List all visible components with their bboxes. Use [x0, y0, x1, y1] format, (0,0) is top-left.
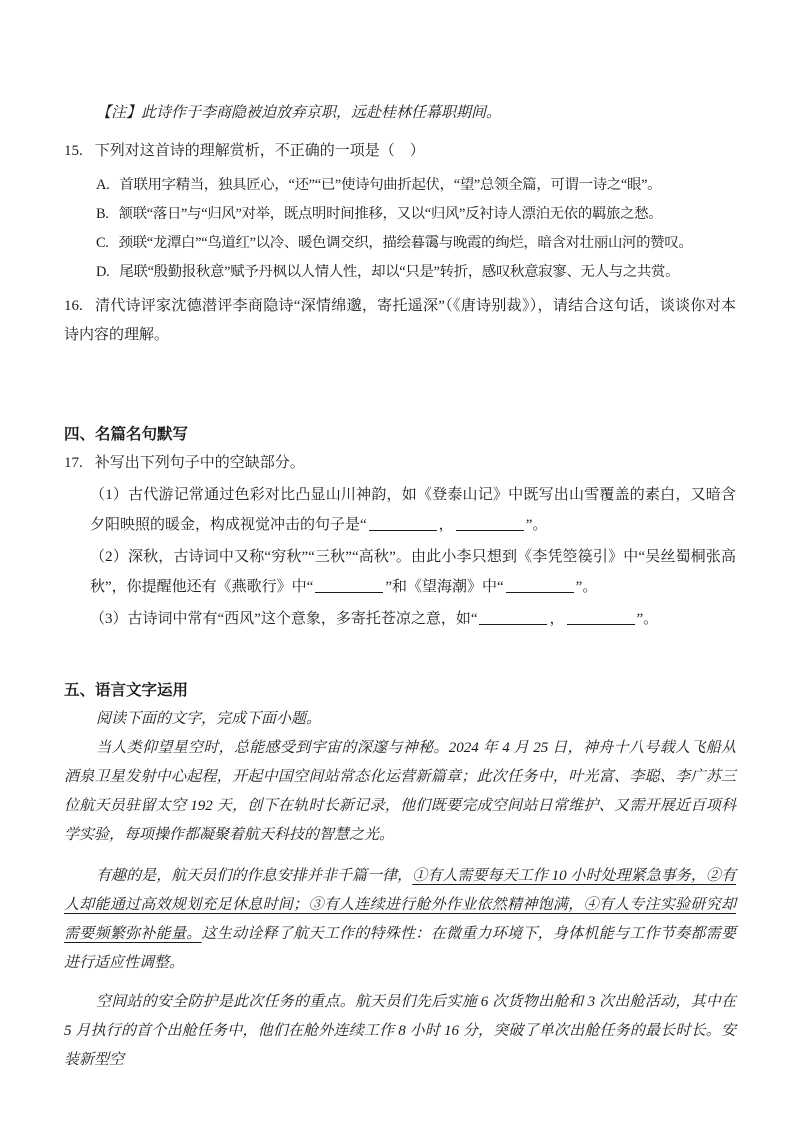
answer-blank	[369, 517, 437, 531]
section-4-heading: 四、名篇名句默写	[64, 420, 736, 449]
q17-item-2: （2）深秋，古诗词中又称“穷秋”“三秋”“高秋”。由此小李只想到《李凭箜篌引》中…	[64, 542, 736, 602]
option-a-label: A.	[96, 177, 109, 193]
question-17-stem: 补写出下列句子中的空缺部分。	[95, 455, 305, 471]
question-15-stem-line: 15.下列对这首诗的理解赏析，不正确的一项是（ ）	[64, 137, 736, 166]
question-15-options: A.首联用字精当，独具匠心，“还”“已”使诗句曲折起伏，“望”总领全篇，可谓一诗…	[64, 171, 736, 287]
question-16-number: 16.	[64, 298, 83, 314]
page-content: 【注】此诗作于李商隐被迫放弃京职，远赴桂林任幕职期间。 15.下列对这首诗的理解…	[64, 99, 736, 1075]
passage-instruction: 阅读下面的文字，完成下面小题。	[64, 705, 736, 734]
option-c-text: 颈联“龙潭白”“鸟道红”以冷、暖色调交织，描绘暮霭与晚霞的绚烂，暗含对壮丽山河的…	[119, 235, 693, 251]
option-b-label: B.	[96, 206, 109, 222]
passage-paragraph-1: 当人类仰望星空时，总能感受到宇宙的深邃与神秘。2024 年 4 月 25 日，神…	[64, 734, 736, 850]
option-d: D.尾联“殷勤报秋意”赋予丹枫以人情人性，却以“只是”转折，感叹秋意寂寥、无人与…	[96, 258, 736, 287]
passage-paragraph-2: 有趣的是，航天员们的作息安排并非千篇一律，①有人需要每天工作 10 小时处理紧急…	[64, 862, 736, 978]
q17-item-3-end: ”。	[637, 611, 659, 627]
q17-item-3-text: （3）古诗词中常有“西风”这个意象，多寄托苍凉之意，如“	[90, 611, 477, 627]
question-15: 15.下列对这首诗的理解赏析，不正确的一项是（ ） A.首联用字精当，独具匠心，…	[64, 137, 736, 287]
q17-item-2-middle: ”和《望海潮》中“	[385, 579, 503, 595]
passage-paragraph-3: 空间站的安全防护是此次任务的重点。航天员们先后实施 6 次货物出舱和 3 次出舱…	[64, 988, 736, 1075]
q17-item-1: （1）古代游记常通过色彩对比凸显山川神韵，如《登泰山记》中既写出山雪覆盖的素白，…	[64, 480, 736, 540]
section-5-heading: 五、语言文字运用	[64, 676, 736, 705]
passage-paragraph-2-lead: 有趣的是，航天员们的作息安排并非千篇一律，	[96, 868, 412, 884]
q17-item-1-separator: ，	[439, 517, 454, 533]
option-c-label: C.	[96, 235, 109, 251]
poem-note: 【注】此诗作于李商隐被迫放弃京职，远赴桂林任幕职期间。	[64, 99, 736, 128]
option-d-label: D.	[96, 264, 109, 280]
option-c: C.颈联“龙潭白”“鸟道红”以冷、暖色调交织，描绘暮霭与晚霞的绚烂，暗含对壮丽山…	[96, 229, 736, 258]
question-17-stem-line: 17.补写出下列句子中的空缺部分。	[64, 449, 736, 478]
q17-item-2-end: ”。	[576, 579, 598, 595]
q17-item-3-separator: ，	[549, 611, 564, 627]
question-16-text: 清代诗评家沈德潜评李商隐诗“深情绵邈，寄托遥深”（《唐诗别裁》），请结合这句话，…	[64, 298, 736, 343]
answer-blank	[567, 611, 635, 625]
exam-paper-page: 【注】此诗作于李商隐被迫放弃京职，远赴桂林任幕职期间。 15.下列对这首诗的理解…	[0, 0, 800, 1131]
question-17: 17.补写出下列句子中的空缺部分。 （1）古代游记常通过色彩对比凸显山川神韵，如…	[64, 449, 736, 634]
question-17-number: 17.	[64, 455, 83, 471]
option-a: A.首联用字精当，独具匠心，“还”“已”使诗句曲折起伏，“望”总领全篇，可谓一诗…	[96, 171, 736, 200]
question-15-number: 15.	[64, 143, 83, 159]
question-16: 16.清代诗评家沈德潜评李商隐诗“深情绵邈，寄托遥深”（《唐诗别裁》），请结合这…	[64, 292, 736, 350]
answer-writing-space	[64, 350, 736, 420]
answer-blank	[479, 611, 547, 625]
answer-blank	[315, 579, 383, 593]
answer-blank	[506, 579, 574, 593]
q17-item-3: （3）古诗词中常有“西风”这个意象，多寄托苍凉之意，如“，”。	[64, 604, 736, 634]
reading-passage: 阅读下面的文字，完成下面小题。 当人类仰望星空时，总能感受到宇宙的深邃与神秘。2…	[64, 705, 736, 1075]
option-a-text: 首联用字精当，独具匠心，“还”“已”使诗句曲折起伏，“望”总领全篇，可谓一诗之“…	[119, 177, 661, 193]
option-b: B.颔联“落日”与“归风”对举，既点明时间推移，又以“归风”反衬诗人漂泊无依的羁…	[96, 200, 736, 229]
q17-item-1-end: ”。	[526, 517, 548, 533]
option-b-text: 颔联“落日”与“归风”对举，既点明时间推移，又以“归风”反衬诗人漂泊无依的羁旅之…	[119, 206, 663, 222]
answer-blank	[456, 517, 524, 531]
question-15-stem: 下列对这首诗的理解赏析，不正确的一项是（ ）	[95, 143, 425, 159]
option-d-text: 尾联“殷勤报秋意”赋予丹枫以人情人性，却以“只是”转折，感叹秋意寂寥、无人与之共…	[119, 264, 679, 280]
